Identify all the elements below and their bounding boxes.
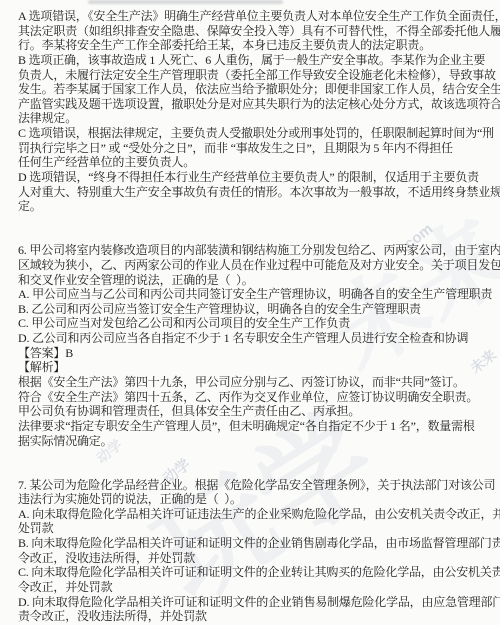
- text-line: 区域较为狭小，乙、丙两家公司的作业人员在作业过程中可能危及对方业安全。关于项目发…: [18, 258, 483, 273]
- text-line: 令改正，没收违法所得，并处罚款: [18, 551, 483, 566]
- text-line: C. 甲公司应当对发包给乙公司和丙公司项目的安全生产工作负责: [18, 316, 483, 331]
- text-line: 处罚款: [18, 521, 483, 536]
- blank-line: [18, 229, 483, 244]
- text-line: 定。: [18, 199, 483, 214]
- text-line: 发生。若李某属于国家工作人员，依法应当给予撤职处分；即便非国家工作人员，结合安全…: [18, 82, 483, 97]
- text-line: B. 向未取得危险化学品相关许可证和证明文件的企业销售剧毒化学品，由市场监督管理…: [18, 536, 483, 551]
- text-line: B 选项正确，该事故造成 1 人死亡、6 人重伤，属于一般生产安全事故。李某作为…: [18, 53, 483, 68]
- text-line: 违法行为实施处罚的说法，正确的是（ ）。: [18, 492, 483, 507]
- text-line: C. 向未取得危险化学品相关许可证和证明文件的企业转让其购买的危险化学品，由公安…: [18, 565, 483, 580]
- text-line: 【解析】: [18, 360, 483, 375]
- exam-document-page: 玩学未来.com动学未来动学 A 选项错误，《安全生产法》明确生产经营单位主要负…: [0, 0, 500, 625]
- blank-line: [18, 463, 483, 478]
- text-line: 人对重大、特别重大生产安全事故负有责任的情形。本次事故为一般事故，不适用终身禁业…: [18, 185, 483, 200]
- blank-line: [18, 214, 483, 229]
- text-line: 【答案】B: [18, 346, 483, 361]
- text-line: 和交叉作业安全管理的说法，正确的是（ ）。: [18, 273, 483, 288]
- text-line: A. 甲公司应当与乙公司和丙公司共同签订安全生产管理协议，明确各自的安全生产管理…: [18, 287, 483, 302]
- text-line: B. 乙公司和丙公司应当签订安全生产管理协议，明确各自的安全生产管理职责: [18, 302, 483, 317]
- text-line: 符合《安全生产法》第四十五条，乙、丙作为交叉作业单位，应签订协议明确安全职责。: [18, 390, 483, 405]
- text-line: A 选项错误，《安全生产法》明确生产经营单位主要负责人对本单位安全生产工作负全面…: [18, 9, 483, 24]
- text-line: 责令改正，没收违法所得，并处罚款: [18, 609, 483, 624]
- text-line: D. 乙公司和丙公司应当各自指定不少于 1 名专职安全生产管理人员进行安全检查和…: [18, 331, 483, 346]
- text-line: 法律要求“指定专职安全生产管理人员”，但未明确规定“各自指定不少于 1 名”，数…: [18, 419, 483, 434]
- text-line: 7. 某公司为危险化学品经营企业。根据《危险化学品安全管理条例》，关于执法部门对…: [18, 478, 483, 493]
- text-line: A. 向未取得危险化学品相关许可证违法生产的企业采购危险化学品，由公安机关责令改…: [18, 507, 483, 522]
- text-line: 行。李某将安全生产工作全部委托给王某，本身已违反主要负责人的法定职责。: [18, 38, 483, 53]
- text-line: 据实际情况确定。: [18, 434, 483, 449]
- text-line: 甲公司负有协调和管理责任，但具体安全生产责任由乙、丙承担。: [18, 404, 483, 419]
- text-line: 6. 甲公司将室内装修改造项目的内部装潢和钢结构施工分别发包给乙、丙两家公司，由…: [18, 243, 483, 258]
- text-line: 令改正，并处罚款: [18, 580, 483, 595]
- text-line: 罚执行完毕之日” 或 “受处分之日”，而非 “事故发生之日”，且期限为 5 年内…: [18, 141, 483, 156]
- text-line: D 选项错误，“终身不得担任本行业生产经营单位主要负责人” 的限制，仅适用于主要…: [18, 170, 483, 185]
- blank-line: [18, 448, 483, 463]
- text-line: 负责人，未履行法定安全生产管理职责（委托全部工作导致安全设施老化未检修），导致事…: [18, 68, 483, 83]
- text-line: 产监管实践及题干选项设置，撤职处分是对应其失职行为的法定核心处分方式，故该选项符…: [18, 97, 483, 112]
- text-line: 法律规定。: [18, 111, 483, 126]
- text-line: 其法定职责（如组织排查安全隐患、保障安全投入等）具有不可替代性，不得全部委托他人…: [18, 24, 483, 39]
- text-line: 根据《安全生产法》第四十九条，甲公司应分别与乙、丙签订协议，而非“共同”签订。: [18, 375, 483, 390]
- text-line: D. 向未取得危险化学品相关许可证和证明文件的企业销售易制爆危险化学品，由应急管…: [18, 595, 483, 610]
- text-line: C 选项错误，根据法律规定，主要负责人受撤职处分或刑事处罚的，任职限制起算时间为…: [18, 126, 483, 141]
- text-line: 任何生产经营单位的主要负责人。: [18, 155, 483, 170]
- exam-text-block: A 选项错误，《安全生产法》明确生产经营单位主要负责人对本单位安全生产工作负全面…: [0, 0, 500, 625]
